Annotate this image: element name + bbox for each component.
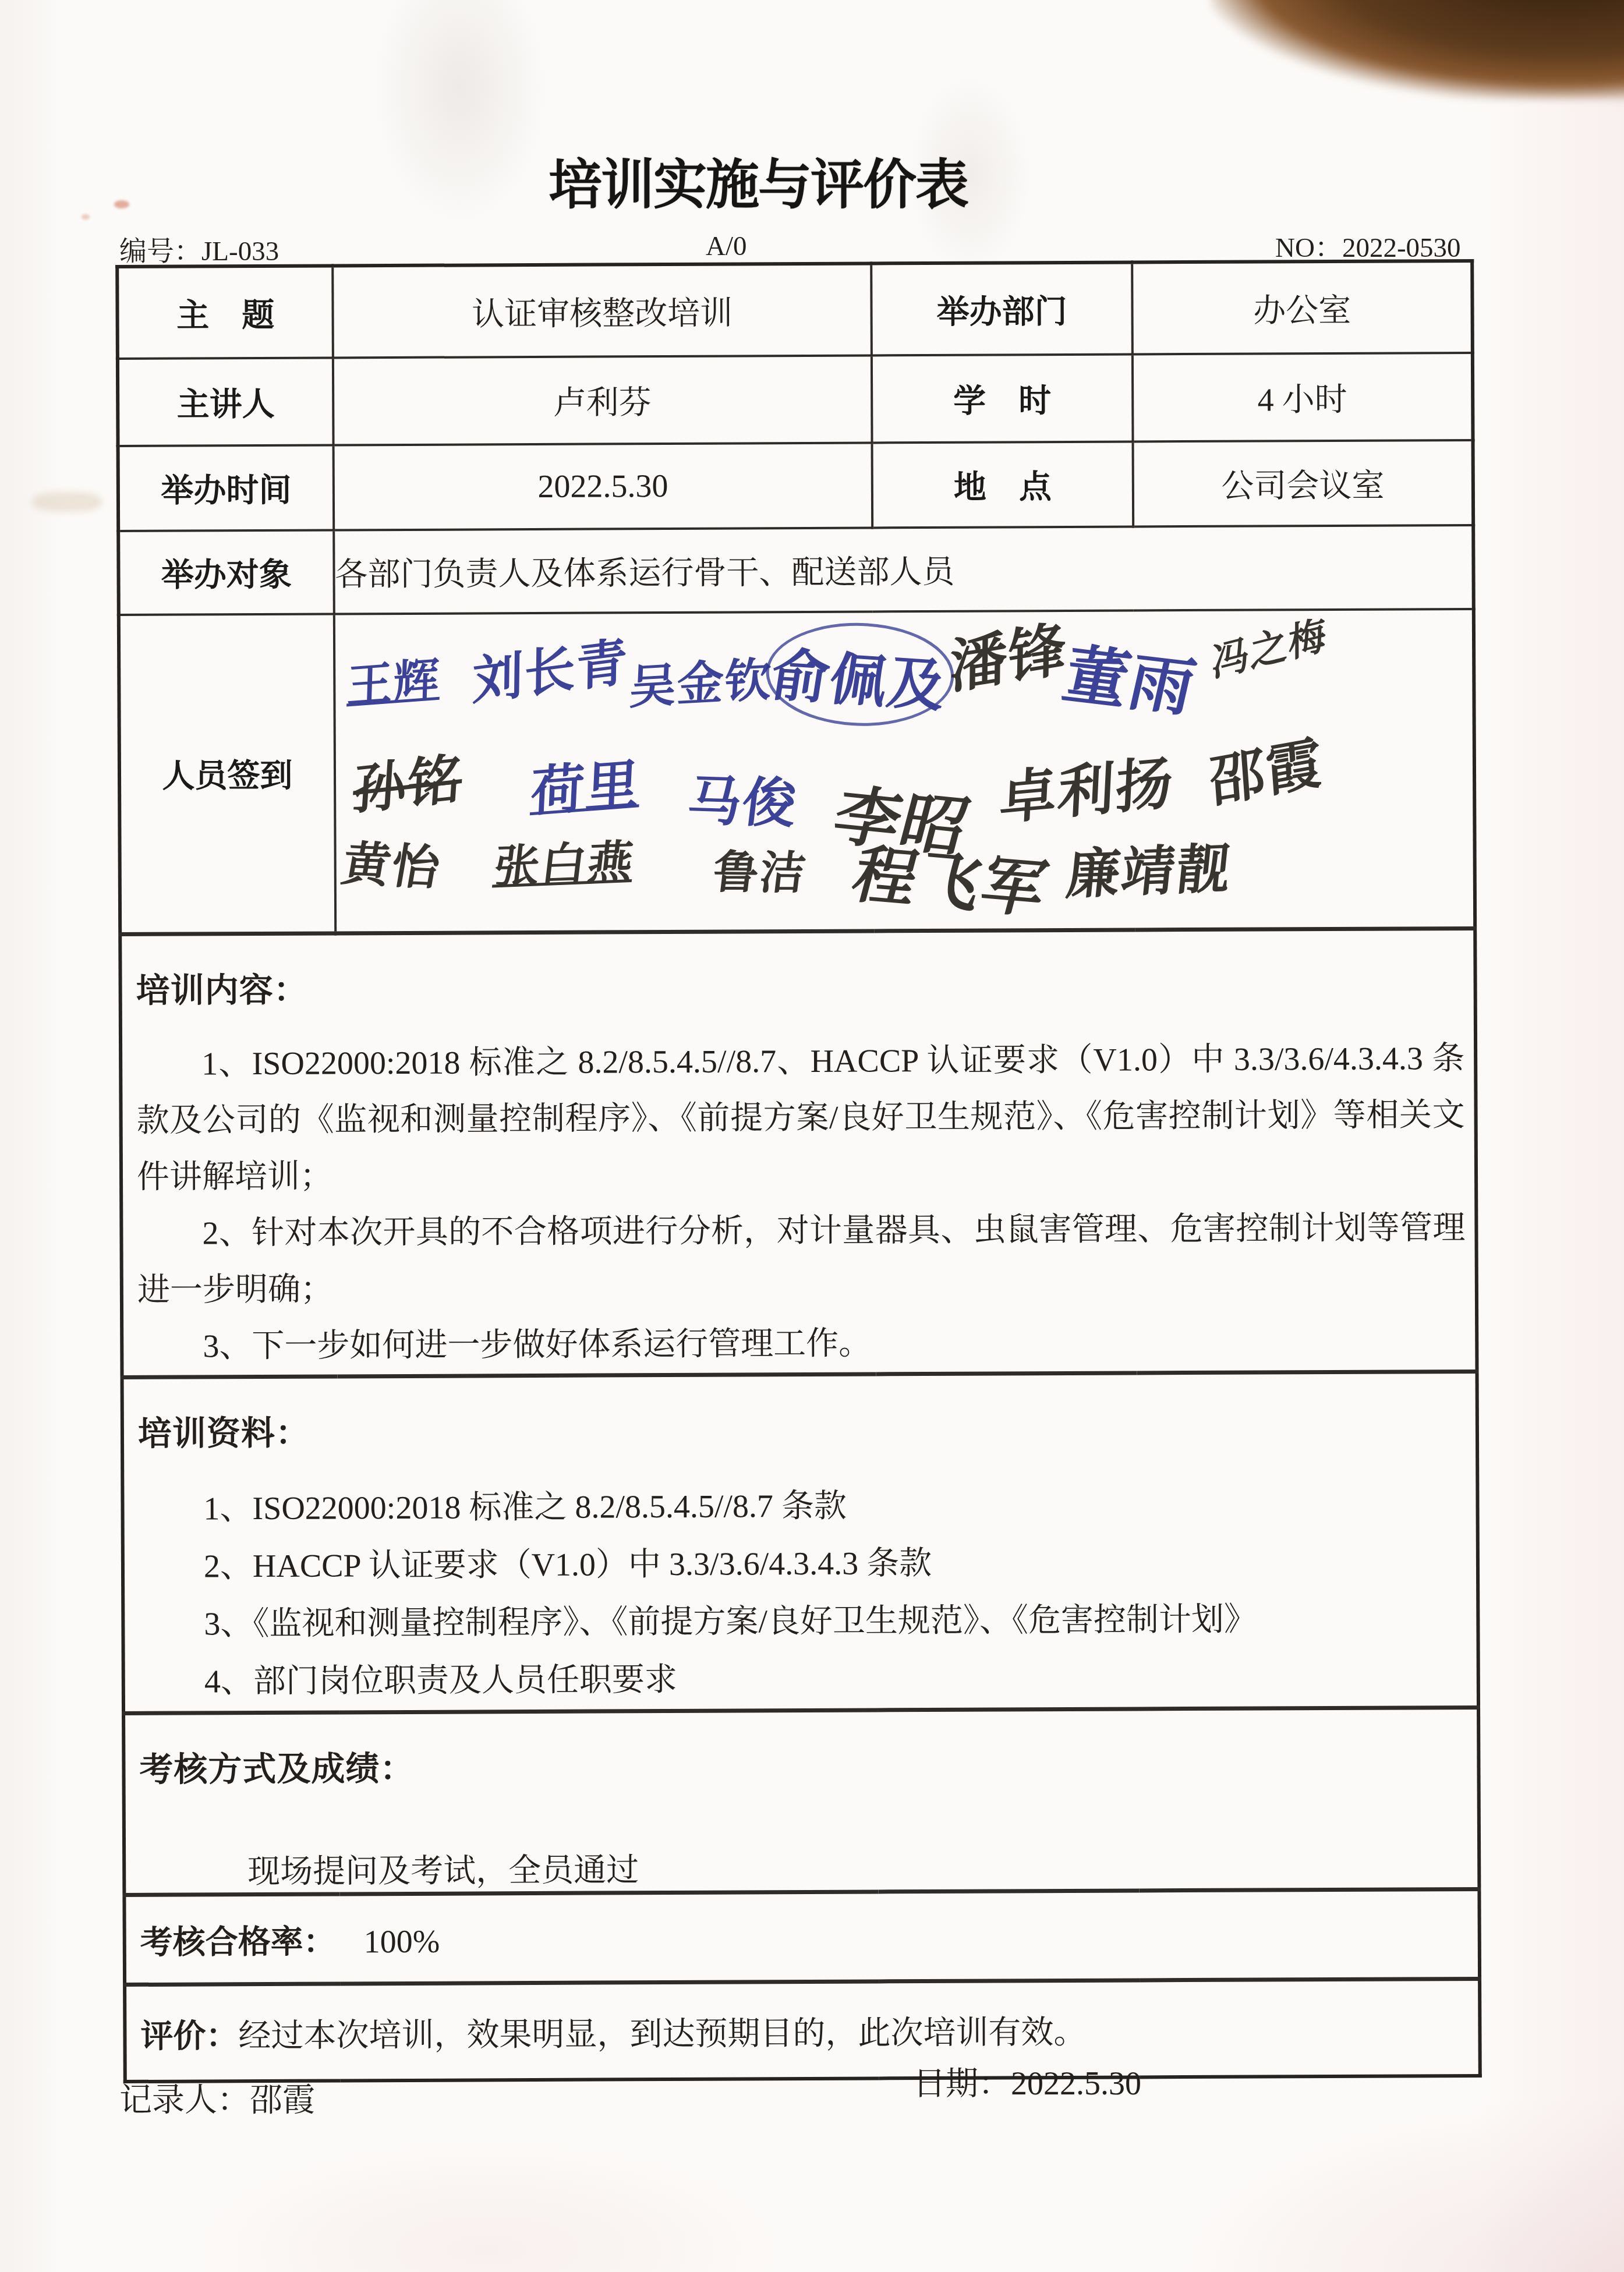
value-location: 公司会议室 [1133,440,1474,527]
recorder-line: 记录人：邵霞 [119,2074,315,2121]
training-content-paragraph: 1、ISO22000:2018 标准之 8.2/8.5.4.5//8.7、HAC… [136,1030,1465,1205]
training-content-heading: 培训内容： [136,957,1464,1011]
signature: 刘长青 [472,621,629,714]
training-content-paragraph: 2、针对本次开具的不合格项进行分析，对计量器具、虫鼠害管理、危害控制计划等管理进… [137,1199,1466,1318]
label-event-date: 举办时间 [118,445,334,531]
row-date: 举办时间 2022.5.30 地 点 公司会议室 [118,440,1474,531]
recorder-label: 记录人： [119,2082,250,2118]
signature: 卓利扬 [998,737,1176,836]
doc-number: 编号：JL-033 [119,229,279,268]
ink-speck [114,200,129,208]
section-assessment: 考核方式及成绩： 现场提问及考试，全员通过 [123,1707,1479,1895]
label-location: 地 点 [872,441,1134,528]
paper-background: 培训实施与评价表 编号：JL-033 A/0 NO：2022-0530 主 题 … [0,0,1624,2272]
label-audience: 举办对象 [118,530,334,615]
training-materials-heading: 培训资料： [138,1400,1466,1454]
recorder-name: 邵霞 [250,2082,315,2118]
row-topic: 主 题 认证审核整改培训 举办部门 办公室 [117,261,1473,359]
label-class-hours: 学 时 [872,354,1133,443]
signature: 冯之梅 [1212,602,1327,688]
signature: 王辉 [346,643,441,715]
signature: 鲁洁 [710,836,811,903]
label-lecturer: 主讲人 [118,358,334,446]
label-host-department: 举办部门 [871,262,1133,355]
section-training-content: 培训内容： 1、ISO22000:2018 标准之 8.2/8.5.4.5//8… [120,928,1477,1377]
label-topic: 主 题 [117,266,333,359]
signature: 廉靖靓 [1063,826,1235,909]
training-material-item: 4、部门岗位职责及人员任职要求 [139,1647,1467,1711]
signature: 荷里 [529,741,642,827]
pass-rate-value: 100% [364,1923,440,1960]
training-content-paragraph: 3、下一步如何进一步做好体系运行管理工作。 [137,1312,1466,1375]
section-evaluation: 评价：经过本次培训，效果明显，到达预期目的，此次培训有效。 [125,1979,1480,2082]
value-lecturer: 卢利芬 [333,355,872,445]
section-training-materials: 培训资料： 1、ISO22000:2018 标准之 8.2/8.5.4.5//8… [122,1371,1478,1713]
form-title: 培训实施与评价表 [549,142,968,219]
section-pass-rate: 考核合格率：100% [124,1889,1480,1984]
pass-rate-label: 考核合格率： [140,1924,336,1960]
training-material-item: 3、《监视和测量控制程序》、《前提方案/良好卫生规范》、《危害控制计划》 [139,1590,1467,1653]
ink-speck [82,214,90,220]
signature: 马俊 [684,758,802,838]
signature: 俞佩及 [759,617,961,732]
row-audience: 举办对象 各部门负责人及体系运行骨干、配送部人员 [118,525,1474,615]
row-lecturer: 主讲人 卢利芬 学 时 4 小时 [118,353,1473,446]
signature: 程飞军 [844,824,1059,929]
desk-corner-shadow [1211,0,1624,99]
date-line: 日期：2022.5.30 [913,2058,1141,2104]
signature: 张白燕 [491,826,638,897]
signature-area: 王辉 刘长青 吴金钦 俞佩及 潘锋 董雨 冯之梅 孙铭 荷里 马俊 李昭 卓利扬… [334,609,1475,933]
evaluation-text: 经过本次培训，效果明显，到达预期目的，此次培训有效。 [238,2014,1086,2054]
training-material-item: 1、ISO22000:2018 标准之 8.2/8.5.4.5//8.7 条款 [138,1474,1466,1538]
value-event-date: 2022.5.30 [334,443,873,530]
training-material-item: 2、HACCP 认证要求（V1.0）中 3.3/3.6/4.3.4.3 条款 [139,1532,1467,1595]
signature: 董雨 [1056,623,1206,728]
value-class-hours: 4 小时 [1133,353,1473,442]
signature: 潘锋 [949,601,1067,705]
signature: 吴金钦 [628,642,774,717]
form-table: 主 题 认证审核整改培训 举办部门 办公室 主讲人 卢利芬 学 时 4 小时 举… [115,259,1478,2083]
value-topic: 认证审核整改培训 [332,263,872,358]
assessment-heading: 考核方式及成绩： [139,1736,1467,1790]
version-code: A/0 [706,231,747,262]
evaluation-label: 评价： [140,2018,238,2055]
signature: 黄怡 [338,826,447,898]
signature-crossed-out: 孙铭 [351,735,465,825]
signature: 邵霞 [1206,718,1325,818]
label-sign-in: 人员签到 [119,614,335,934]
value-host-department: 办公室 [1132,261,1473,355]
date-value: 2022.5.30 [1011,2066,1141,2102]
paper-smudge [32,492,102,512]
scanned-photo: { "page": { "title": "培训实施与评价表" }, "meta… [0,0,1624,2272]
assessment-result: 现场提问及考试，全员通过 [247,1840,1468,1892]
date-label: 日期： [913,2066,1011,2102]
value-audience: 各部门负责人及体系运行骨干、配送部人员 [334,525,1474,614]
row-sign-in: 人员签到 王辉 刘长青 吴金钦 俞佩及 潘锋 董雨 冯之梅 孙铭 荷里 马俊 李… [119,609,1475,934]
